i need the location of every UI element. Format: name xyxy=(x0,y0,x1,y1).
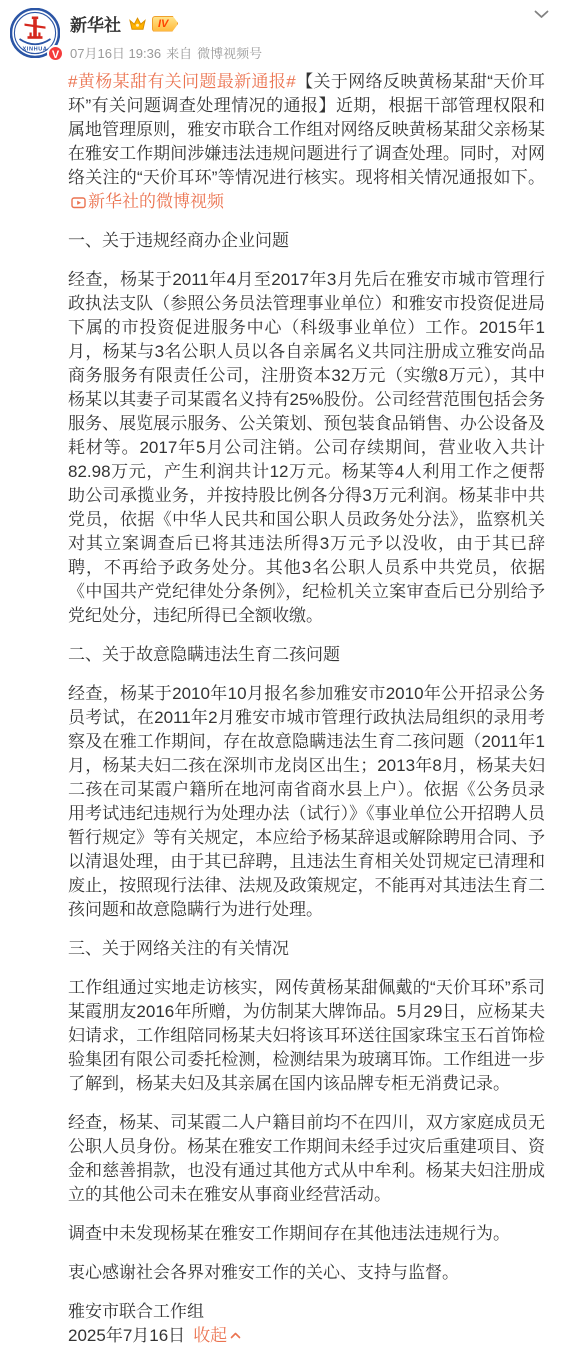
video-icon xyxy=(71,196,86,209)
section-paragraph: 工作组通过实地走访核实，网传黄杨某甜佩戴的“天价耳环”系司某霞朋友2016年所赠… xyxy=(68,976,545,1096)
source-prefix: 来自 xyxy=(166,43,192,62)
post-timestamp: 07月16日 19:36 xyxy=(70,43,161,62)
post-header: XINHUA V 新华社 IV 07月16日 19:36 来自 xyxy=(0,0,565,62)
weibo-post-card: XINHUA V 新华社 IV 07月16日 19:36 来自 xyxy=(0,0,565,1364)
section-paragraph: 衷心感谢社会各界对雅安工作的关心、支持与监督。 xyxy=(68,1261,545,1285)
section-heading: 三、关于网络关注的有关情况 xyxy=(68,937,545,961)
section-paragraph: 经查，杨某于2011年4月至2017年3月先后在雅安市城市管理行政执法支队（参照… xyxy=(68,268,545,628)
post-content: #黄杨某甜有关问题最新通报#【关于网络反映黄杨某甜“天价耳环”有关问题调查处理情… xyxy=(0,62,565,1364)
video-link[interactable]: 新华社的微博视频 xyxy=(68,192,224,211)
chevron-up-icon xyxy=(230,1332,241,1339)
hashtag-link[interactable]: #黄杨某甜有关问题最新通报# xyxy=(68,72,296,91)
vip-level-badge: IV xyxy=(152,16,178,32)
collapse-link[interactable]: 收起 xyxy=(193,1326,241,1345)
account-name[interactable]: 新华社 xyxy=(70,11,121,36)
date-line: 2025年7月16日收起 xyxy=(68,1324,545,1348)
section-heading: 一、关于违规经商办企业问题 xyxy=(68,229,545,253)
post-source[interactable]: 微博视频号 xyxy=(197,43,262,62)
lead-paragraph: #黄杨某甜有关问题最新通报#【关于网络反映黄杨某甜“天价耳环”有关问题调查处理情… xyxy=(68,70,545,214)
avatar[interactable]: XINHUA V xyxy=(10,8,60,58)
signature: 雅安市联合工作组 xyxy=(68,1300,545,1324)
section-paragraph: 经查，杨某、司某霞二人户籍目前均不在四川，双方家庭成员无公职人员身份。杨某在雅安… xyxy=(68,1111,545,1207)
post-date: 2025年7月16日 xyxy=(68,1326,185,1345)
verified-badge: V xyxy=(47,45,64,62)
vip-level-text: IV xyxy=(158,18,168,30)
post-meta: 07月16日 19:36 来自 微博视频号 xyxy=(70,43,262,62)
svg-text:XINHUA: XINHUA xyxy=(22,47,47,53)
chevron-down-icon[interactable] xyxy=(534,10,549,19)
section-heading: 二、关于故意隐瞒违法生育二孩问题 xyxy=(68,643,545,667)
section-paragraph: 调查中未发现杨某在雅安工作期间存在其他违法违规行为。 xyxy=(68,1222,545,1246)
section-paragraph: 经查，杨某于2010年10月报名参加雅安市2010年公开招录公务员考试，在201… xyxy=(68,682,545,922)
vip-crown-icon xyxy=(128,16,147,32)
header-info: 新华社 IV 07月16日 19:36 来自 微博视频号 xyxy=(70,8,262,62)
